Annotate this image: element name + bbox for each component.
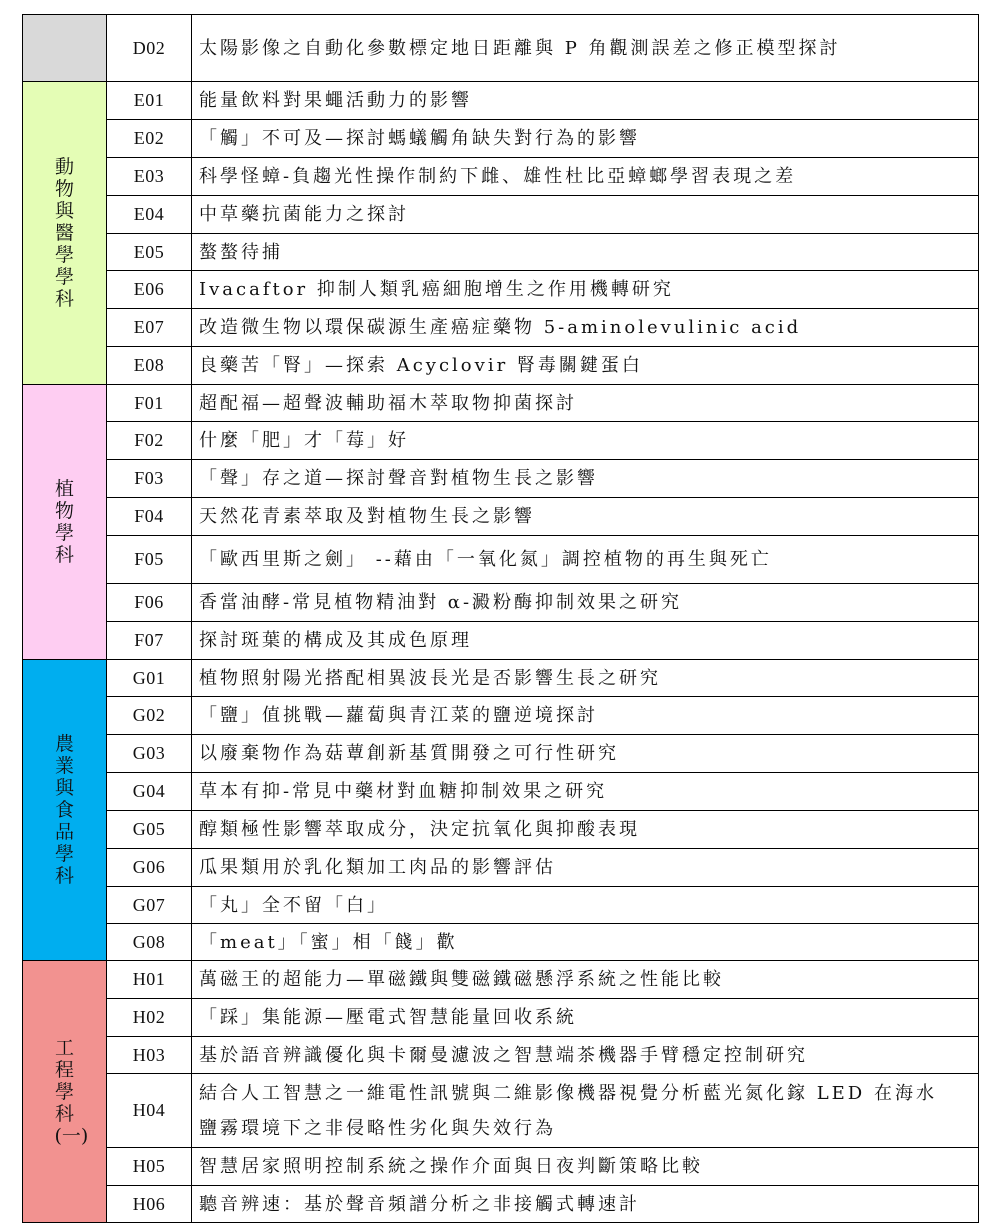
project-title: 萬磁王的超能力—單磁鐵與雙磁鐵磁懸浮系統之性能比較 <box>192 961 979 999</box>
project-code: G04 <box>107 773 192 811</box>
project-title: 中草藥抗菌能力之探討 <box>192 196 979 234</box>
table-row: E02「觸」不可及—探討螞蟻觸角缺失對行為的影響 <box>23 120 979 158</box>
project-code: E01 <box>107 82 192 120</box>
table-row: F03「聲」存之道—探討聲音對植物生長之影響 <box>23 460 979 498</box>
category-cell-top <box>23 15 107 82</box>
table-row: G05醇類極性影響萃取成分，決定抗氧化與抑酸表現 <box>23 811 979 849</box>
project-title: 「meat」「蜜」相「餞」歡 <box>192 924 979 961</box>
project-code: E06 <box>107 271 192 309</box>
table-row: E04中草藥抗菌能力之探討 <box>23 196 979 234</box>
project-code: G06 <box>107 849 192 887</box>
category-plant: 植物學科 <box>23 385 107 660</box>
project-code: F02 <box>107 422 192 460</box>
table-row: F05「歐西里斯之劍」 --藉由「一氧化氮」調控植物的再生與死亡 <box>23 536 979 584</box>
project-title: 基於語音辨識優化與卡爾曼濾波之智慧端茶機器手臂穩定控制研究 <box>192 1037 979 1074</box>
table-row: F06香當油酵-常見植物精油對 α-澱粉酶抑制效果之研究 <box>23 584 979 622</box>
table-row: H04 結合人工智慧之一維電性訊號與二維影像機器視覺分析藍光氮化鎵 LED 在海… <box>23 1074 979 1148</box>
project-code: F01 <box>107 385 192 422</box>
category-label: 動物與醫學學科 <box>55 156 75 310</box>
table-row: G02「鹽」值挑戰—蘿蔔與青江菜的鹽逆境探討 <box>23 697 979 735</box>
project-code: H03 <box>107 1037 192 1074</box>
project-title: 能量飲料對果蠅活動力的影響 <box>192 82 979 120</box>
project-title: 螯螯待捕 <box>192 234 979 271</box>
project-title: 「觸」不可及—探討螞蟻觸角缺失對行為的影響 <box>192 120 979 158</box>
table-row: E08良藥苦「腎」—探索 Acyclovir 腎毒關鍵蛋白 <box>23 347 979 385</box>
project-code: F05 <box>107 536 192 584</box>
table-row: F07探討斑葉的構成及其成色原理 <box>23 622 979 660</box>
project-title: 什麼「肥」才「莓」好 <box>192 422 979 460</box>
category-animal-medicine: 動物與醫學學科 <box>23 82 107 385</box>
project-title: 「踩」集能源—壓電式智慧能量回收系統 <box>192 999 979 1037</box>
project-title: 太陽影像之自動化參數標定地日距離與 P 角觀測誤差之修正模型探討 <box>192 15 979 82</box>
category-engineering: 工程學科(一) <box>23 961 107 1223</box>
project-code: G07 <box>107 887 192 924</box>
project-title: 以廢棄物作為菇蕈創新基質開發之可行性研究 <box>192 735 979 773</box>
table-row: G06瓜果類用於乳化類加工肉品的影響評估 <box>23 849 979 887</box>
project-code: E02 <box>107 120 192 158</box>
project-code: H04 <box>107 1074 192 1148</box>
project-code: G05 <box>107 811 192 849</box>
table-row: 工程學科(一) H01 萬磁王的超能力—單磁鐵與雙磁鐵磁懸浮系統之性能比較 <box>23 961 979 999</box>
table-row: 植物學科 F01 超配福—超聲波輔助福木萃取物抑菌探討 <box>23 385 979 422</box>
category-label: 植物學科 <box>55 478 75 566</box>
project-title: 「鹽」值挑戰—蘿蔔與青江菜的鹽逆境探討 <box>192 697 979 735</box>
project-code: E03 <box>107 158 192 196</box>
table-row: G03以廢棄物作為菇蕈創新基質開發之可行性研究 <box>23 735 979 773</box>
table-row: G08「meat」「蜜」相「餞」歡 <box>23 924 979 961</box>
project-code: E08 <box>107 347 192 385</box>
table-row: E05螯螯待捕 <box>23 234 979 271</box>
table-row: 農業與食品學科 G01 植物照射陽光搭配相異波長光是否影響生長之研究 <box>23 660 979 697</box>
project-title: 「聲」存之道—探討聲音對植物生長之影響 <box>192 460 979 498</box>
project-title-line-1: 結合人工智慧之一維電性訊號與二維影像機器視覺分析藍光氮化鎵 LED 在海水 <box>199 1076 978 1111</box>
project-code: G02 <box>107 697 192 735</box>
project-title: 醇類極性影響萃取成分，決定抗氧化與抑酸表現 <box>192 811 979 849</box>
table-row: G07「丸」全不留「白」 <box>23 887 979 924</box>
project-title: 探討斑葉的構成及其成色原理 <box>192 622 979 660</box>
project-title: Ivacaftor 抑制人類乳癌細胞增生之作用機轉研究 <box>192 271 979 309</box>
table-row: H02「踩」集能源—壓電式智慧能量回收系統 <box>23 999 979 1037</box>
project-code: E05 <box>107 234 192 271</box>
project-code: H05 <box>107 1148 192 1186</box>
project-title: 聽音辨速：基於聲音頻譜分析之非接觸式轉速計 <box>192 1186 979 1223</box>
project-title: 植物照射陽光搭配相異波長光是否影響生長之研究 <box>192 660 979 697</box>
project-code: F03 <box>107 460 192 498</box>
project-title: 香當油酵-常見植物精油對 α-澱粉酶抑制效果之研究 <box>192 584 979 622</box>
category-label: 農業與食品學科 <box>55 733 75 887</box>
project-code: H02 <box>107 999 192 1037</box>
project-title: 科學怪蟑-負趨光性操作制約下雌、雄性杜比亞蟑螂學習表現之差 <box>192 158 979 196</box>
project-title: 改造微生物以環保碳源生產癌症藥物 5-aminolevulinic acid <box>192 309 979 347</box>
project-code: F04 <box>107 498 192 536</box>
table-row: H06聽音辨速：基於聲音頻譜分析之非接觸式轉速計 <box>23 1186 979 1223</box>
project-code: D02 <box>107 15 192 82</box>
table-row: H05智慧居家照明控制系統之操作介面與日夜判斷策略比較 <box>23 1148 979 1186</box>
table-row: 動物與醫學學科 E01 能量飲料對果蠅活動力的影響 <box>23 82 979 120</box>
project-title: 結合人工智慧之一維電性訊號與二維影像機器視覺分析藍光氮化鎵 LED 在海水鹽霧環… <box>192 1074 979 1148</box>
project-title: 「丸」全不留「白」 <box>192 887 979 924</box>
project-title-line-2: 鹽霧環境下之非侵略性劣化與失效行為 <box>199 1111 978 1146</box>
table-row: F04天然花青素萃取及對植物生長之影響 <box>23 498 979 536</box>
project-title: 草本有抑-常見中藥材對血糖抑制效果之研究 <box>192 773 979 811</box>
project-code: F06 <box>107 584 192 622</box>
project-code: E04 <box>107 196 192 234</box>
project-title: 良藥苦「腎」—探索 Acyclovir 腎毒關鍵蛋白 <box>192 347 979 385</box>
table-row: G04草本有抑-常見中藥材對血糖抑制效果之研究 <box>23 773 979 811</box>
project-title: 瓜果類用於乳化類加工肉品的影響評估 <box>192 849 979 887</box>
project-title: 超配福—超聲波輔助福木萃取物抑菌探討 <box>192 385 979 422</box>
project-code: H01 <box>107 961 192 999</box>
table-row: E03科學怪蟑-負趨光性操作制約下雌、雄性杜比亞蟑螂學習表現之差 <box>23 158 979 196</box>
table-row: E06Ivacaftor 抑制人類乳癌細胞增生之作用機轉研究 <box>23 271 979 309</box>
table-row: D02 太陽影像之自動化參數標定地日距離與 P 角觀測誤差之修正模型探討 <box>23 15 979 82</box>
project-code: E07 <box>107 309 192 347</box>
project-code: G01 <box>107 660 192 697</box>
project-title: 「歐西里斯之劍」 --藉由「一氧化氮」調控植物的再生與死亡 <box>192 536 979 584</box>
category-label: 工程學科(一) <box>55 1037 75 1147</box>
table-row: E07改造微生物以環保碳源生產癌症藥物 5-aminolevulinic aci… <box>23 309 979 347</box>
category-agri-food: 農業與食品學科 <box>23 660 107 961</box>
project-title: 天然花青素萃取及對植物生長之影響 <box>192 498 979 536</box>
project-code: F07 <box>107 622 192 660</box>
project-title: 智慧居家照明控制系統之操作介面與日夜判斷策略比較 <box>192 1148 979 1186</box>
table-row: F02什麼「肥」才「莓」好 <box>23 422 979 460</box>
project-code: G08 <box>107 924 192 961</box>
table-row: H03基於語音辨識優化與卡爾曼濾波之智慧端茶機器手臂穩定控制研究 <box>23 1037 979 1074</box>
project-code: H06 <box>107 1186 192 1223</box>
project-code: G03 <box>107 735 192 773</box>
project-list-table: D02 太陽影像之自動化參數標定地日距離與 P 角觀測誤差之修正模型探討 動物與… <box>22 14 979 1223</box>
